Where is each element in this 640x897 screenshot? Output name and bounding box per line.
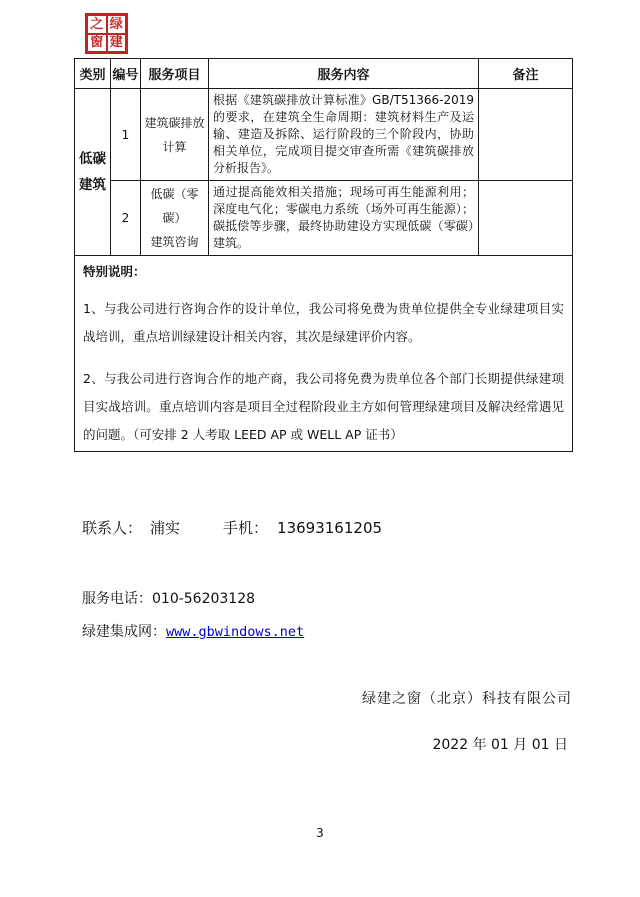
special-notes-row: 特别说明： 1、与我公司进行咨询合作的设计单位，我公司将免费为贵单位提供全专业绿…: [75, 256, 573, 452]
service-item-line1: 低碳（零碳）: [150, 187, 198, 225]
header-service-content: 服务内容: [209, 59, 479, 89]
remark-cell: [479, 89, 573, 181]
signature-date: 2022 年 01 月 01 日: [362, 734, 572, 754]
header-remark: 备注: [479, 59, 573, 89]
category-line2: 建筑: [79, 177, 106, 193]
service-phone-line: 服务电话：010-56203128: [82, 588, 255, 608]
service-item-line1: 建筑碳排放: [144, 116, 204, 130]
service-content-cell: 通过提高能效相关措施；现场可再生能源利用；深度电气化；零碳电力系统（场外可再生能…: [209, 181, 479, 256]
row-number-cell: 1: [111, 89, 141, 181]
mobile-number: 13693161205: [277, 519, 382, 537]
contact-person-label: 联系人：: [82, 519, 142, 537]
signature-block: 绿建之窗（北京）科技有限公司 2022 年 01 月 01 日: [362, 688, 572, 754]
document-page: 之 绿 窗 建 类别 编号 服务项目 服务内容 备注 低碳 建筑 1: [0, 0, 640, 897]
category-line1: 低碳: [79, 151, 106, 167]
service-item-line2: 计算: [162, 140, 186, 154]
logo-char: 绿: [107, 15, 127, 34]
company-name: 绿建之窗（北京）科技有限公司: [362, 688, 572, 708]
website-line: 绿建集成网：www.gbwindows.net: [82, 621, 304, 641]
category-cell: 低碳 建筑: [75, 89, 111, 256]
special-notes-cell: 特别说明： 1、与我公司进行咨询合作的设计单位，我公司将免费为贵单位提供全专业绿…: [75, 256, 573, 452]
website-label: 绿建集成网：: [82, 624, 166, 640]
page-number: 3: [0, 826, 640, 840]
service-item-cell: 建筑碳排放 计算: [141, 89, 209, 181]
note-item-1: 1、与我公司进行咨询合作的设计单位，我公司将免费为贵单位提供全专业绿建项目实战培…: [83, 295, 564, 351]
notes-title: 特别说明：: [83, 258, 564, 286]
header-category: 类别: [75, 59, 111, 89]
table-row: 2 低碳（零碳） 建筑咨询 通过提高能效相关措施；现场可再生能源利用；深度电气化…: [75, 181, 573, 256]
note-item-2: 2、与我公司进行咨询合作的地产商，我公司将免费为贵单位各个部门长期提供绿建项目实…: [83, 365, 564, 449]
header-number: 编号: [111, 59, 141, 89]
logo-char: 建: [107, 34, 127, 53]
service-item-cell: 低碳（零碳） 建筑咨询: [141, 181, 209, 256]
service-phone-number: 010-56203128: [152, 591, 255, 607]
website-link[interactable]: www.gbwindows.net: [166, 624, 304, 640]
service-content-cell: 根据《建筑碳排放计算标准》GB/T51366-2019 的要求，在建筑全生命周期…: [209, 89, 479, 181]
company-seal-logo: 之 绿 窗 建: [85, 13, 128, 54]
mobile-label: 手机：: [223, 519, 268, 537]
remark-cell: [479, 181, 573, 256]
table-header-row: 类别 编号 服务项目 服务内容 备注: [75, 59, 573, 89]
service-table: 类别 编号 服务项目 服务内容 备注 低碳 建筑 1 建筑碳排放 计算 根据《建…: [74, 58, 573, 452]
service-phone-label: 服务电话：: [82, 591, 152, 607]
logo-char: 之: [87, 15, 107, 34]
contact-person-name: 浦实: [150, 519, 180, 537]
table-row: 低碳 建筑 1 建筑碳排放 计算 根据《建筑碳排放计算标准》GB/T51366-…: [75, 89, 573, 181]
header-service-item: 服务项目: [141, 59, 209, 89]
contact-person-line: 联系人：浦实手机：13693161205: [82, 517, 382, 538]
row-number-cell: 2: [111, 181, 141, 256]
logo-char: 窗: [87, 34, 107, 53]
service-item-line2: 建筑咨询: [150, 235, 198, 249]
